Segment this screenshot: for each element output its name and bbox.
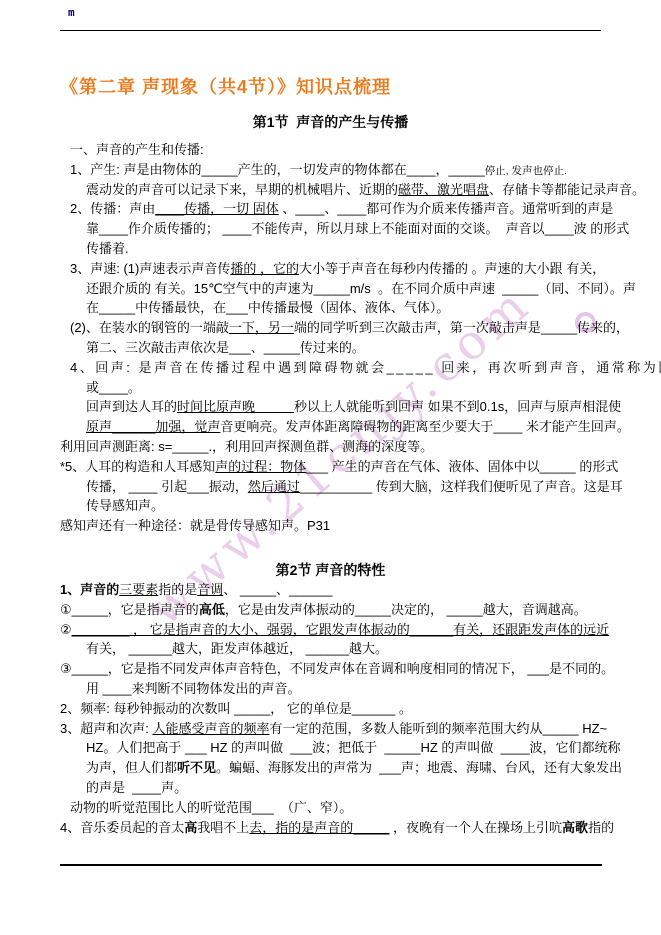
text-line: 还跟介质的 有关。15℃空气中的声速为_____m/s 。在不同介质中声速 __… bbox=[60, 279, 601, 299]
text-segment: 震动发的声音可以记录下来，早期的机械唱片、近期的 bbox=[86, 182, 398, 197]
text-segment: 、存储卡等都能记录声音。 bbox=[489, 182, 645, 197]
document-page: www.21cnjy.com m 《第二章 声现象（共4节）》知识点梳理 第1节… bbox=[0, 0, 661, 935]
text-segment: ② bbox=[60, 622, 72, 637]
text-segment: 动物的听觉范围比人的听觉范围___ （广、窄）。 bbox=[70, 800, 352, 815]
document-body: 第1节 声音的产生与传播一、声音的产生和传播:1、产生: 声是由物体的_____… bbox=[60, 112, 601, 837]
text-line: 回声到达人耳的时间比原声晚 秒以上人就能听到回声 如果不到0.1s，回声与原声相… bbox=[60, 397, 601, 417]
text-line: 或____。 bbox=[60, 378, 601, 398]
text-segment: 或____。 bbox=[86, 380, 141, 395]
underlined-text: 去，指的是声音的_____ bbox=[249, 820, 389, 835]
text-line: 3、超声和次声: 人能感受声音的频率有一定的范围，多数人能听到的频率范围大约从_… bbox=[60, 719, 601, 739]
underlined-text: 然后通过 bbox=[248, 479, 300, 494]
text-segment: ，它是由发声体振动的_____决定的， _____越大，音调越高。 bbox=[225, 602, 587, 617]
text-segment: 3、超声和次声: bbox=[60, 721, 152, 736]
underlined-text: 原声______加强，觉声 bbox=[86, 419, 220, 434]
text-line: 2、传播：声由____传播，一切 固体 、____、____都可作为介质来传播声… bbox=[60, 199, 601, 219]
text-segment: 端的同学听到三次敲击声，第一次敲击声是_____传来的， bbox=[294, 320, 629, 335]
text-segment: ___ 产生的声音在气体、液体、固体中以_____ 的形式 bbox=[306, 459, 618, 474]
underlined-text: 声的过程：物体 bbox=[215, 459, 306, 474]
section-heading: 第1节 声音的产生与传播 bbox=[60, 112, 601, 132]
text-segment: 3、声速: (1)声速表示声音传 bbox=[70, 261, 230, 276]
footer-rule bbox=[60, 864, 602, 866]
text-segment: 第二、三次敲击声依次是___、_____传过来的。 bbox=[86, 340, 365, 355]
document-title: 《第二章 声现象（共4节）》知识点梳理 bbox=[60, 76, 601, 98]
text-segment: 2、频率: 每秒钟振动的次数叫 _____， 它的单位是______ 。 bbox=[60, 701, 412, 716]
text-segment: 2、传播：声由 bbox=[70, 201, 155, 216]
underlined-text: ____传播，一切 固体 bbox=[155, 201, 279, 216]
text-line: 感知声还有一种途径：就是骨传导感知声。P31 bbox=[60, 516, 601, 536]
text-segment: 传播着. bbox=[86, 241, 129, 256]
text-segment: 在_____中传播最快，在___中传播最慢（固体、液体、气体）。 bbox=[86, 300, 449, 315]
text-line: 4、音乐委员起的音太高我唱不上去，指的是声音的_____ ，夜晚有一个人在操场上… bbox=[60, 818, 601, 838]
text-segment: 4、音乐委员起的音太 bbox=[60, 820, 184, 835]
text-line: 靠____作介质传播的； ____不能传声，所以月球上不能面对面的交谈。 声音以… bbox=[60, 219, 601, 239]
text-segment: HZ。人们把高于 ___ HZ 的声叫做 ___波；把低于 _____HZ 的声… bbox=[86, 740, 621, 755]
text-segment: 为声，但人们都 bbox=[86, 760, 177, 775]
document-content: 《第二章 声现象（共4节）》知识点梳理 第1节 声音的产生与传播一、声音的产生和… bbox=[60, 76, 601, 837]
text-line: 在_____中传播最快，在___中传播最慢（固体、液体、气体）。 bbox=[60, 298, 601, 318]
text-line: 震动发的声音可以记录下来，早期的机械唱片、近期的磁带、激光唱盘、存储卡等都能记录… bbox=[60, 180, 601, 200]
text-line: 1、产生: 声是由物体的_____产生的，一切发声的物体都在____，_____… bbox=[60, 160, 601, 180]
header-mark: m bbox=[60, 6, 601, 20]
text-segment: 4、回声: 是声音在传播过程中遇到障碍物就会_____ 回来，再次听到声音，通常… bbox=[70, 360, 661, 375]
text-segment: 的声是 ____声。 bbox=[86, 780, 187, 795]
text-segment: 我唱不上 bbox=[197, 820, 249, 835]
text-line: 第二、三次敲击声依次是___、_____传过来的。 bbox=[60, 338, 601, 358]
text-segment: 有一定的范围，多数人能听到的频率范围大约从_____ HZ~ bbox=[269, 721, 607, 736]
bold-text: 高低 bbox=[199, 602, 225, 617]
underlined-text: 音调 bbox=[197, 582, 223, 597]
bold-text: 1、声音的 bbox=[60, 582, 119, 597]
text-segment: _____ bbox=[449, 162, 485, 177]
text-line: *5、人耳的构造和人耳感知声的过程：物体___ 产生的声音在气体、液体、固体中以… bbox=[60, 457, 601, 477]
text-line: 为声，但人们都听不见。蝙蝠、海豚发出的声常为 ___声；地震、海啸、台风，还有大… bbox=[60, 758, 601, 778]
text-line: 传播， ____ 引起___振动，然后通过__________ 传到大脑，这样我… bbox=[60, 477, 601, 497]
text-segment: 指的 bbox=[588, 820, 614, 835]
page-header: m bbox=[60, 6, 601, 31]
text-line: 原声______加强，觉声音更响亮。发声体距离障碍物的距离至少要大于____ 米… bbox=[60, 417, 601, 437]
text-line: ①_____，它是指声音的高低，它是由发声体振动的_____决定的， _____… bbox=[60, 600, 601, 620]
text-segment: 停止, 发声也停止. bbox=[485, 165, 567, 177]
header-rule bbox=[60, 30, 601, 31]
text-line: 2、频率: 每秒钟振动的次数叫 _____， 它的单位是______ 。 bbox=[60, 699, 601, 719]
text-segment: 音更响亮。发声体距离障碍物的距离至少要大于____ 米才能产生回声。 bbox=[220, 419, 630, 434]
text-segment: 感知声还有一种途径：就是骨传导感知声。P31 bbox=[60, 518, 330, 533]
text-segment: *5、人耳的构造和人耳感知 bbox=[60, 459, 215, 474]
text-segment: ③_____，它是指不同发声体声音特色，不同发声体在音调和响度相同的情况下， _… bbox=[60, 661, 614, 676]
underlined-text: 时间比原声晚 bbox=[177, 399, 294, 414]
text-segment: ，夜晚有一个人在操场上引吭 bbox=[389, 820, 562, 835]
text-line: 传导感知声。 bbox=[60, 496, 601, 516]
bold-text: 听不见 bbox=[177, 760, 216, 775]
text-line: 有关， ______越大，距发声体越近， ______越大。 bbox=[60, 639, 601, 659]
text-line: 动物的听觉范围比人的听觉范围___ （广、窄）。 bbox=[60, 798, 601, 818]
text-line: (2)、在装水的钢管的一端敲一下，另一端的同学听到三次敲击声，第一次敲击声是__… bbox=[60, 318, 601, 338]
text-line: HZ。人们把高于 ___ HZ 的声叫做 ___波；把低于 _____HZ 的声… bbox=[60, 738, 601, 758]
underlined-text: 磁带、激光唱盘 bbox=[398, 182, 489, 197]
text-segment: 大小等于声音在每秒内传播的 。声速的大小跟 有关， bbox=[299, 261, 605, 276]
text-segment: ①_____，它是指声音的 bbox=[60, 602, 199, 617]
text-line: 3、声速: (1)声速表示声音传播的 ，它的大小等于声音在每秒内传播的 。声速的… bbox=[60, 259, 601, 279]
underlined-text: 人能感受声音的频率 bbox=[152, 721, 269, 736]
text-segment: 、____、____都可作为介质来传播声音。通常听到的声是 bbox=[279, 201, 613, 216]
underlined-text: 播的 ，它的 bbox=[230, 261, 299, 276]
text-segment: 1、产生: 声是由物体的_____产生的，一切发声的物体都在____， bbox=[70, 162, 449, 177]
text-line: 一、声音的产生和传播: bbox=[60, 140, 601, 160]
text-line: 利用回声测距离: s=_____.，利用回声探测鱼群、测海的深度等。 bbox=[60, 437, 601, 457]
text-segment: 靠____作介质传播的； ____不能传声，所以月球上不能面对面的交谈。 声音以… bbox=[86, 221, 629, 236]
text-segment: 回声到达人耳的 bbox=[86, 399, 177, 414]
underlined-text: ________ ， 它是指声音的大小、强弱，它跟发声体振动的______有关，… bbox=[72, 622, 609, 637]
text-segment: 。蝙蝠、海豚发出的声常为 ___声；地震、海啸、台风，还有大象发出 bbox=[216, 760, 622, 775]
text-line: 用 ____来判断不同物体发出的声音。 bbox=[60, 679, 601, 699]
underlined-text: 一下，另一 bbox=[229, 320, 294, 335]
text-segment: 一、声音的产生和传播: bbox=[70, 142, 204, 157]
text-line: 1、声音的三要素指的是音调、 _____、______ bbox=[60, 580, 601, 600]
text-segment: (2)、在装水的钢管的一端敲 bbox=[70, 320, 229, 335]
text-segment: 传播， ____ 引起___振动， bbox=[86, 479, 248, 494]
text-segment: 指的是 bbox=[158, 582, 197, 597]
text-segment: 用 ____来判断不同物体发出的声音。 bbox=[86, 681, 301, 696]
bold-text: 高歌 bbox=[562, 820, 588, 835]
bold-text: 高 bbox=[184, 820, 197, 835]
underlined-text: 三要素 bbox=[119, 582, 158, 597]
text-line: 的声是 ____声。 bbox=[60, 778, 601, 798]
text-segment: 有关， ______越大，距发声体越近， ______越大。 bbox=[86, 641, 388, 656]
text-segment: 、 _____、______ bbox=[223, 582, 332, 597]
text-segment: 利用回声测距离: s=_____.，利用回声探测鱼群、测海的深度等。 bbox=[60, 439, 433, 454]
text-line: ②________ ， 它是指声音的大小、强弱，它跟发声体振动的______有关… bbox=[60, 620, 601, 640]
text-segment: 传导感知声。 bbox=[86, 498, 164, 513]
text-line: ③_____，它是指不同发声体声音特色，不同发声体在音调和响度相同的情况下， _… bbox=[60, 659, 601, 679]
text-segment: 秒以上人就能听到回声 如果不到0.1s，回声与原声相混使 bbox=[294, 399, 621, 414]
text-line: 传播着. bbox=[60, 239, 601, 259]
text-segment: __________ 传到大脑，这样我们便听见了声音。这是耳 bbox=[300, 479, 623, 494]
text-line: 4、回声: 是声音在传播过程中遇到障碍物就会_____ 回来，再次听到声音，通常… bbox=[60, 358, 601, 378]
text-segment: 还跟介质的 有关。15℃空气中的声速为_____m/s 。在不同介质中声速 __… bbox=[86, 281, 636, 296]
section-heading: 第2节 声音的特性 bbox=[60, 560, 601, 580]
